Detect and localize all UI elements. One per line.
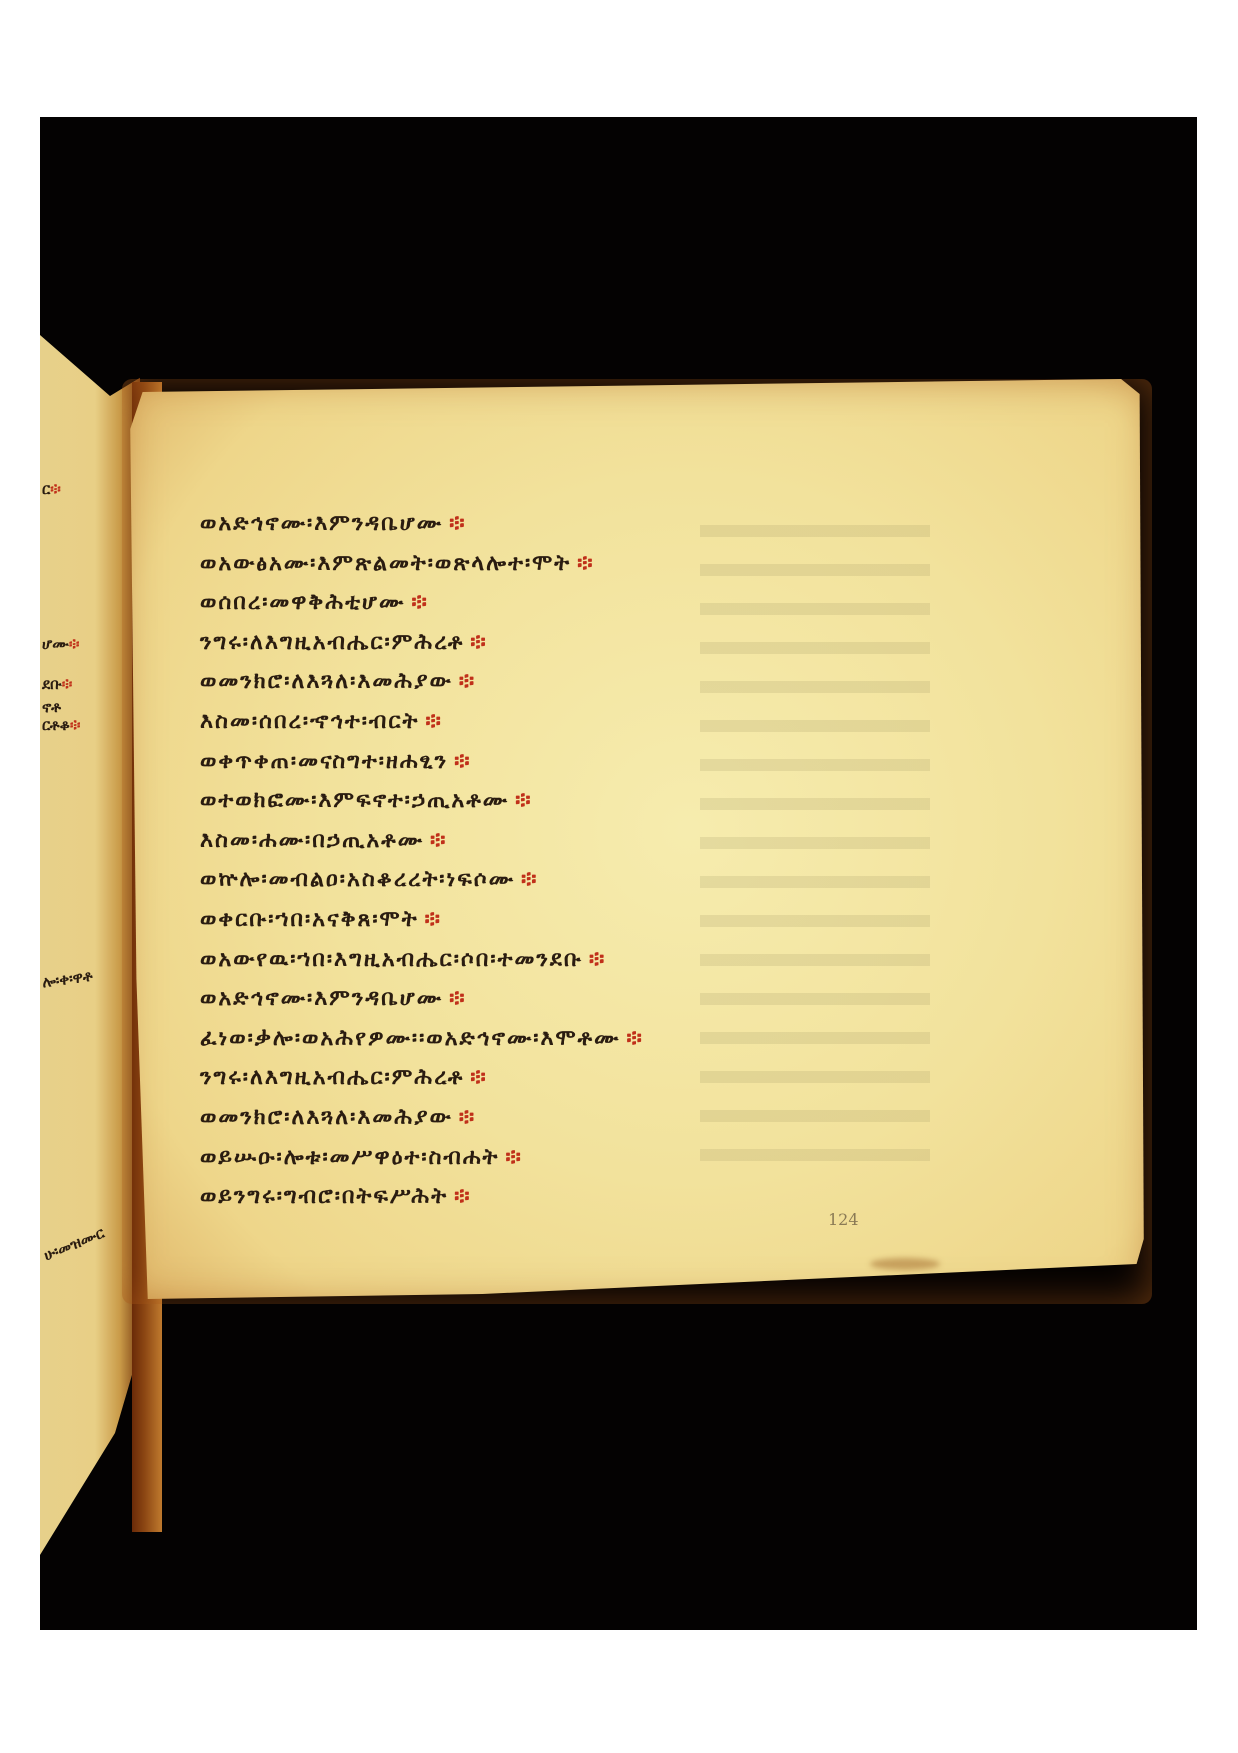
rubric-mark: ፨ (459, 1105, 476, 1130)
rubric-mark: ፨ (589, 947, 606, 972)
rubric-mark: ፨ (577, 551, 594, 576)
text-line: ወአድኅኖሙ፡እምንዳቤሆሙ፨ (200, 979, 920, 1019)
text-line: እስመ፡ሐሙ፡በኃጢአቶሙ፨ (200, 821, 920, 861)
left-fragment: ር፨ (42, 480, 61, 498)
text-line: ንግሩ፡ለእግዚአብሔር፡ምሕረቶ፨ (200, 623, 920, 663)
rubric-mark: ፨ (505, 1145, 522, 1170)
rubric-mark: ፨ (425, 709, 442, 734)
text-line: ወቀርቡ፡ኀበ፡አናቅጸ፡ሞት፨ (200, 900, 920, 940)
rubric-mark: ፨ (411, 590, 428, 615)
text-line: ወይሡዑ፡ሎቱ፡መሥዋዕተ፡ስብሐት፨ (200, 1138, 920, 1178)
rubric-mark: ፨ (626, 1026, 643, 1051)
rubric-mark: ፨ (454, 1184, 471, 1209)
text-line: እስመ፡ሰበረ፡ኆኅተ፡ብርት፨ (200, 702, 920, 742)
rubric-mark: ፨ (449, 511, 466, 536)
rubric-mark: ፨ (470, 630, 487, 655)
text-line: ወመንክሮ፡ለእጓለ፡እመሕያው፨ (200, 1098, 920, 1138)
rubric-mark: ፨ (459, 669, 476, 694)
left-fragment: ኖቶ (42, 698, 61, 716)
rubric-mark: ፨ (521, 867, 538, 892)
text-line: ወአውፅአሙ፡እምጽልመት፡ወጽላሎተ፡ሞት፨ (200, 544, 920, 584)
text-line: ወቀጥቀጠ፡መናስግተ፡ዘሐፂን፨ (200, 742, 920, 782)
rubric-mark: ፨ (454, 749, 471, 774)
rubric-mark: ፨ (470, 1065, 487, 1090)
rubric-mark: ፨ (425, 907, 442, 932)
text-line: ወሰበረ፡መዋቅሕቲሆሙ፨ (200, 583, 920, 623)
folio-number: 124 (828, 1210, 859, 1229)
text-line: ወይንግሩ፡ግብሮ፡በትፍሥሕት፨ (200, 1177, 920, 1217)
left-fragment: ደቡ፨ (42, 675, 72, 693)
text-line: ወኵሎ፡መብልዐ፡አስቆረረት፡ነፍሶሙ፨ (200, 860, 920, 900)
text-line: ወተወክፎሙ፡እምፍኖተ፡ኃጢአቶሙ፨ (200, 781, 920, 821)
text-line: ፈነወ፡ቃሎ፡ወአሕየዎሙ፡፡ወአድኅኖሙ፡እሞቶሙ፨ (200, 1019, 920, 1059)
text-line: ንግሩ፡ለእግዚአብሔር፡ምሕረቶ፨ (200, 1058, 920, 1098)
rubric-mark: ፨ (430, 828, 447, 853)
left-page (40, 335, 140, 1555)
text-line: ወአውየዉ፡ኀበ፡እግዚአብሔር፡ሶበ፡ተመንደቡ፨ (200, 940, 920, 980)
rubric-mark: ፨ (449, 986, 466, 1011)
left-fragment: ሆሙ፨ (42, 635, 79, 653)
rubric-mark: ፨ (515, 788, 532, 813)
manuscript-text: ወአድኅኖሙ፡እምንዳቤሆሙ፨ ወአውፅአሙ፡እምጽልመት፡ወጽላሎተ፡ሞት፨ … (200, 504, 920, 1217)
page-stain (870, 1258, 940, 1270)
text-line: ወመንክሮ፡ለእጓለ፡እመሕያው፨ (200, 662, 920, 702)
text-line: ወአድኅኖሙ፡እምንዳቤሆሙ፨ (200, 504, 920, 544)
left-fragment: ርቶቆ፨ (42, 716, 80, 734)
